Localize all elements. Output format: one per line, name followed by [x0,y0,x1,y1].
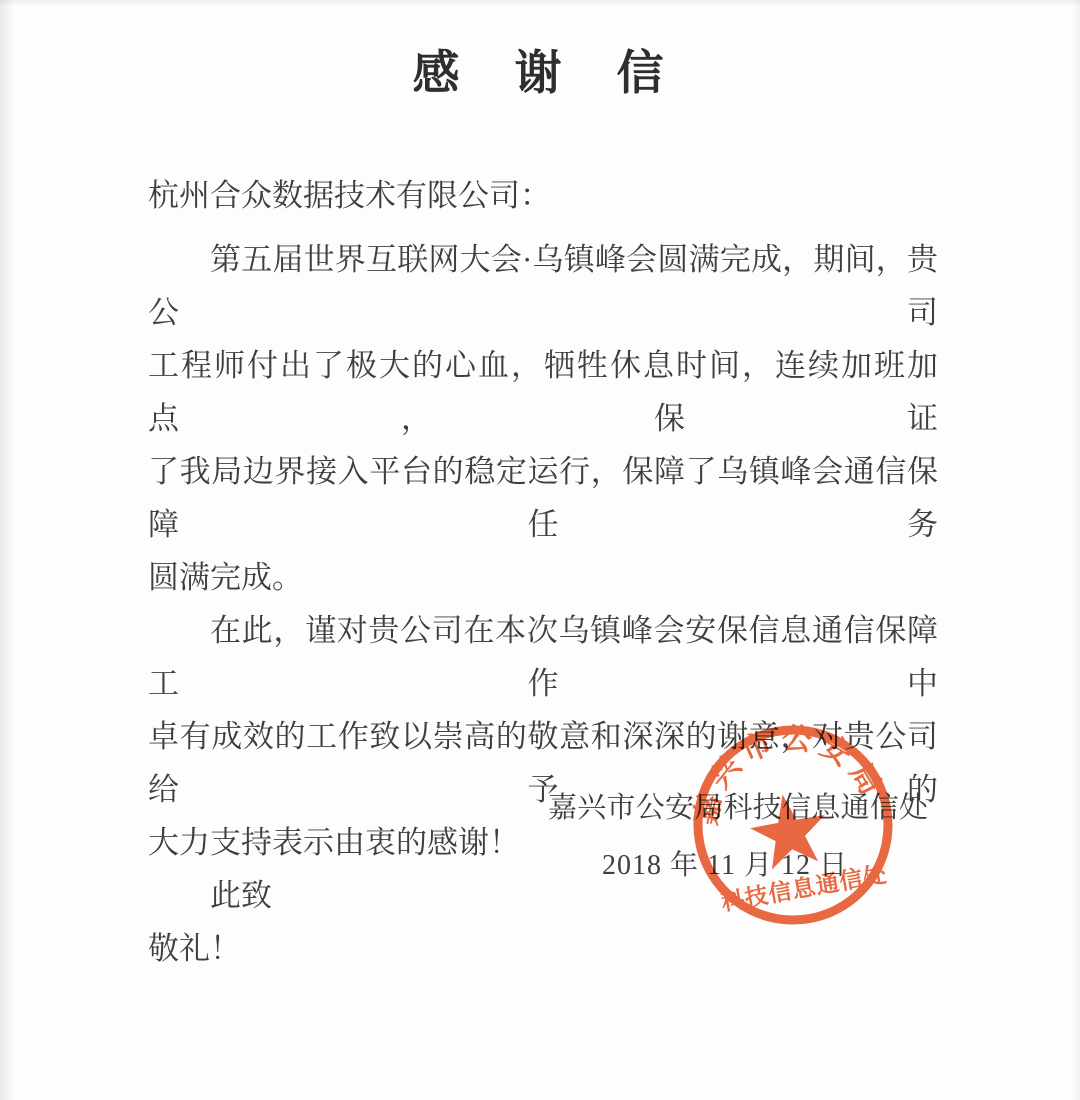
signature-date: 2018 年 11 月 12 日 [600,843,850,883]
body-line: 工程师付出了极大的心血，牺牲休息时间，连续加班加点，保证 [148,339,938,445]
body-line: 了我局边界接入平台的稳定运行，保障了乌镇峰会通信保障任务 [148,445,938,551]
scan-edge-shadow-left [0,0,14,1100]
thank-you-letter-page: 感 谢 信 杭州合众数据技术有限公司： 第五届世界互联网大会·乌镇峰会圆满完成，… [0,0,1080,1100]
scan-edge-shadow-right [1072,0,1080,1100]
signature-organization: 嘉兴市公安局科技信息通信处 [548,785,928,826]
closing-line: 敬礼！ [148,922,938,975]
scan-edge-shadow-top [0,0,1080,6]
body-line: 第五届世界互联网大会·乌镇峰会圆满完成，期间，贵公司 [148,233,938,339]
body-line: 圆满完成。 [148,551,938,604]
letter-title: 感 谢 信 [0,36,1080,103]
letter-salutation: 杭州合众数据技术有限公司： [148,170,551,215]
body-line: 在此，谨对贵公司在本次乌镇峰会安保信息通信保障工作中 [148,604,938,710]
